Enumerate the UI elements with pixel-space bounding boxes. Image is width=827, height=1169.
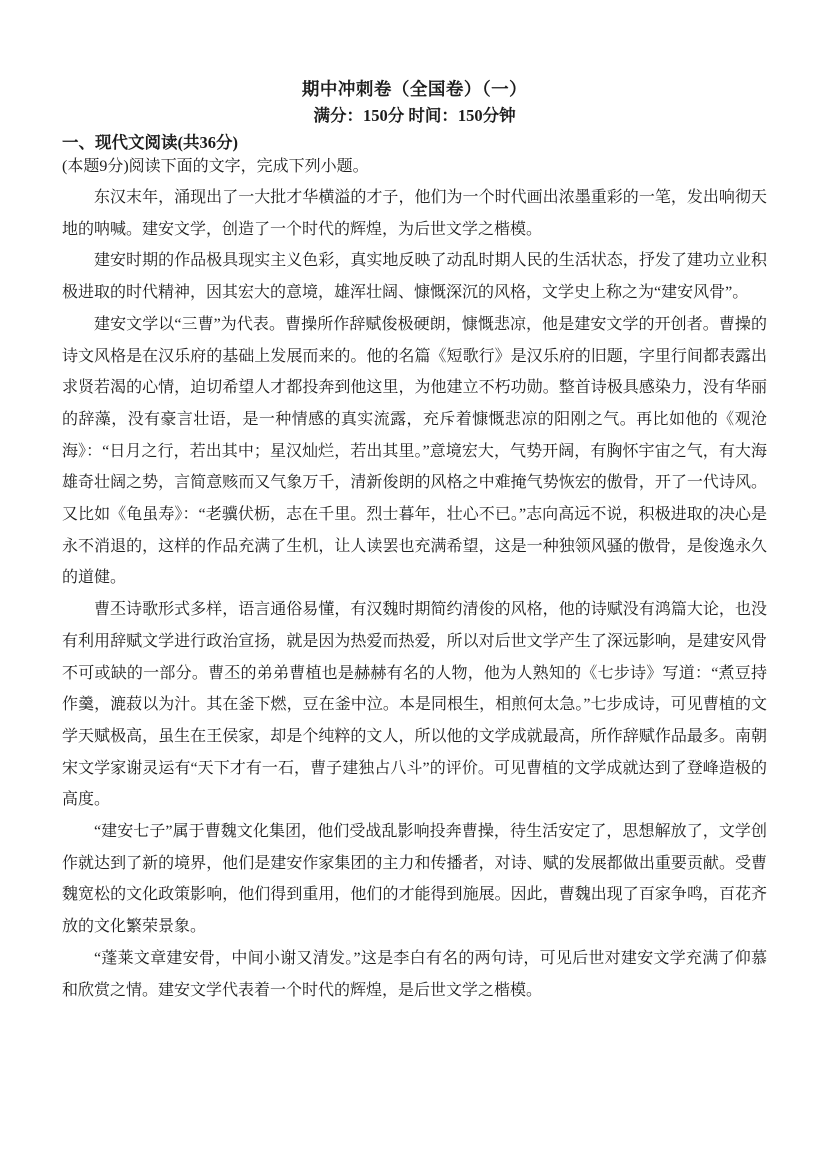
question-intro: (本题9分)阅读下面的文字，完成下列小题。 bbox=[62, 155, 767, 179]
document-header: 期中冲刺卷（全国卷）（一） 满分：150分 时间：150分钟 bbox=[62, 76, 767, 129]
passage-paragraph: “蓬莱文章建安骨，中间小谢又清发。”这是李白有名的两句诗，可见后世对建安文学充满… bbox=[62, 943, 767, 1006]
passage-paragraph: 曹丕诗歌形式多样，语言通俗易懂，有汉魏时期简约清俊的风格，他的诗赋没有鸿篇大论，… bbox=[62, 594, 767, 816]
passage-paragraph: 建安时期的作品极具现实主义色彩，真实地反映了动乱时期人民的生活状态，抒发了建功立… bbox=[62, 245, 767, 308]
exam-title: 期中冲刺卷（全国卷）（一） bbox=[62, 76, 767, 102]
section-heading-modern-reading: 一、现代文阅读(共36分) bbox=[62, 131, 767, 155]
passage-paragraph: “建安七子”属于曹魏文化集团，他们受战乱影响投奔曹操，待生活安定了，思想解放了，… bbox=[62, 816, 767, 943]
passage-paragraph: 建安文学以“三曹”为代表。曹操所作辞赋俊极硬朗，慷慨悲凉，他是建安文学的开创者。… bbox=[62, 309, 767, 594]
document-page: 期中冲刺卷（全国卷）（一） 满分：150分 时间：150分钟 一、现代文阅读(共… bbox=[0, 0, 827, 1169]
passage-paragraph: 东汉末年，涌现出了一大批才华横溢的才子，他们为一个时代画出浓墨重彩的一笔，发出响… bbox=[62, 182, 767, 245]
exam-score-time: 满分：150分 时间：150分钟 bbox=[62, 102, 767, 129]
passage: 东汉末年，涌现出了一大批才华横溢的才子，他们为一个时代画出浓墨重彩的一笔，发出响… bbox=[62, 182, 767, 1006]
